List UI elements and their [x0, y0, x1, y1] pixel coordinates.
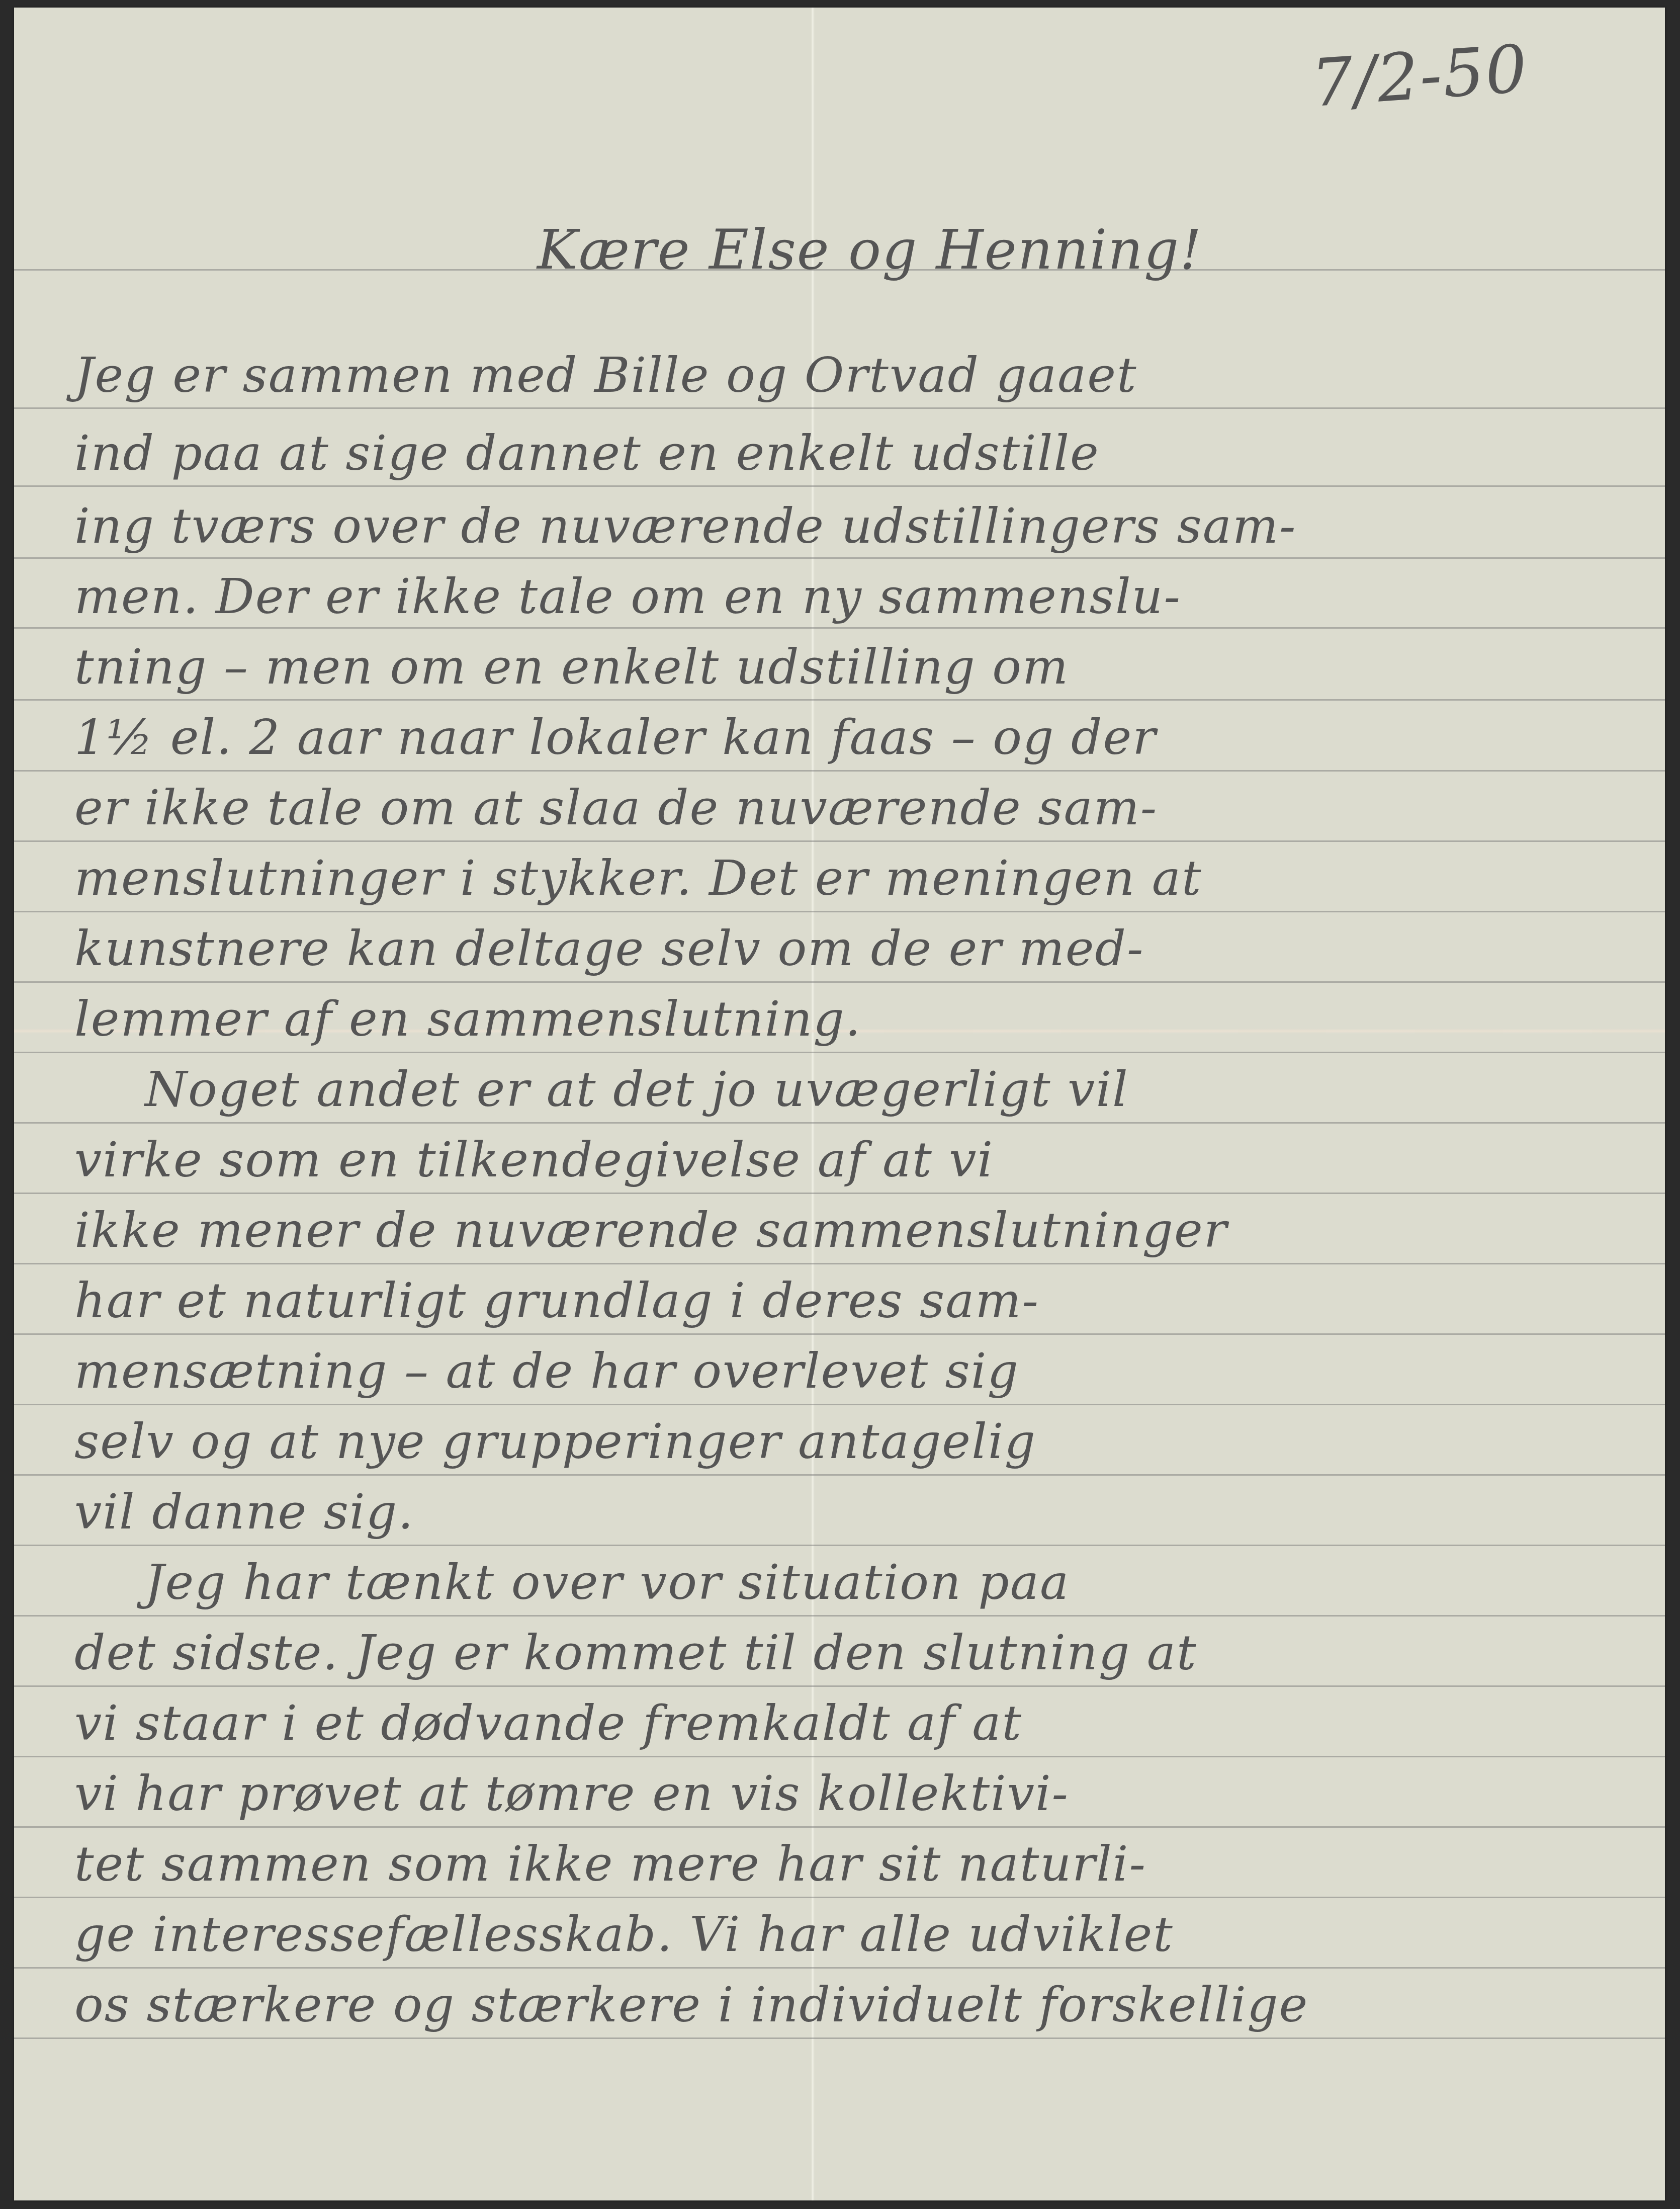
ruled-line [14, 627, 1665, 629]
letter-line: tet sammen som ikke mere har sit naturli… [74, 1836, 1146, 1892]
letter-greeting: Kære Else og Henning! [537, 219, 1202, 282]
ruled-line [14, 485, 1665, 487]
ruled-line [14, 1052, 1665, 1053]
ruled-line [14, 1474, 1665, 1476]
ruled-line [14, 1545, 1665, 1546]
letter-line: vi staar i et dødvande fremkaldt af at [74, 1695, 1022, 1751]
ruled-line [14, 1404, 1665, 1405]
letter-line: menslutninger i stykker. Det er meningen… [74, 850, 1202, 906]
letter-line: tning – men om en enkelt udstilling om [74, 639, 1069, 695]
ruled-line [14, 1685, 1665, 1687]
letter-line: virke som en tilkendegivelse af at vi [74, 1132, 994, 1188]
ruled-line [14, 407, 1665, 409]
ruled-line [14, 1122, 1665, 1124]
ruled-line [14, 1263, 1665, 1264]
ruled-line [14, 911, 1665, 912]
letter-line: Jeg er sammen med Bille og Ortvad gaaet [74, 347, 1137, 403]
ruled-line [14, 1193, 1665, 1194]
ruled-line [14, 840, 1665, 842]
ruled-line [14, 981, 1665, 983]
ruled-line [14, 1615, 1665, 1617]
ruled-line [14, 1333, 1665, 1335]
letter-line: 1½ el. 2 aar naar lokaler kan faas – og … [74, 709, 1157, 766]
letter-line: Noget andet er at det jo uvægerligt vil [145, 1061, 1129, 1118]
letter-line: mensætning – at de har overlevet sig [74, 1343, 1019, 1399]
letter-line: ikke mener de nuværende sammenslutninger [74, 1202, 1228, 1258]
letter-line: os stærkere og stærkere i individuelt fo… [74, 1977, 1308, 2033]
letter-line: lemmer af en sammenslutning. [74, 991, 861, 1047]
ruled-line [14, 1756, 1665, 1757]
ruled-line [14, 2037, 1665, 2039]
letter-line: ge interessefællesskab. Vi har alle udvi… [74, 1906, 1174, 1963]
letter-line: men. Der er ikke tale om en ny sammenslu… [74, 568, 1181, 625]
ruled-line [14, 770, 1665, 772]
ruled-line [14, 1967, 1665, 1969]
letter-line: ind paa at sige dannet en enkelt udstill… [74, 425, 1100, 481]
letter-line: selv og at nye grupperinger antagelig [74, 1413, 1036, 1470]
letter-line: kunstnere kan deltage selv om de er med- [74, 920, 1144, 977]
letter-line: er ikke tale om at slaa de nuværende sam… [74, 780, 1158, 836]
letter-line: har et naturligt grundlag i deres sam- [74, 1272, 1039, 1329]
letter-line: ing tværs over de nuværende udstillinger… [74, 498, 1296, 554]
ruled-line [14, 1897, 1665, 1898]
ruled-line [14, 557, 1665, 559]
letter-line: vil danne sig. [74, 1484, 414, 1540]
letter-date: 7/2-50 [1309, 30, 1530, 122]
ruled-line [14, 1826, 1665, 1828]
letter-page: 7/2-50 Kære Else og Henning! Jeg er samm… [14, 8, 1665, 2200]
letter-line: Jeg har tænkt over vor situation paa [145, 1554, 1070, 1610]
letter-line: vi har prøvet at tømre en vis kollektivi… [74, 1765, 1069, 1822]
ruled-line [14, 699, 1665, 701]
letter-line: det sidste. Jeg er kommet til den slutni… [74, 1625, 1197, 1681]
